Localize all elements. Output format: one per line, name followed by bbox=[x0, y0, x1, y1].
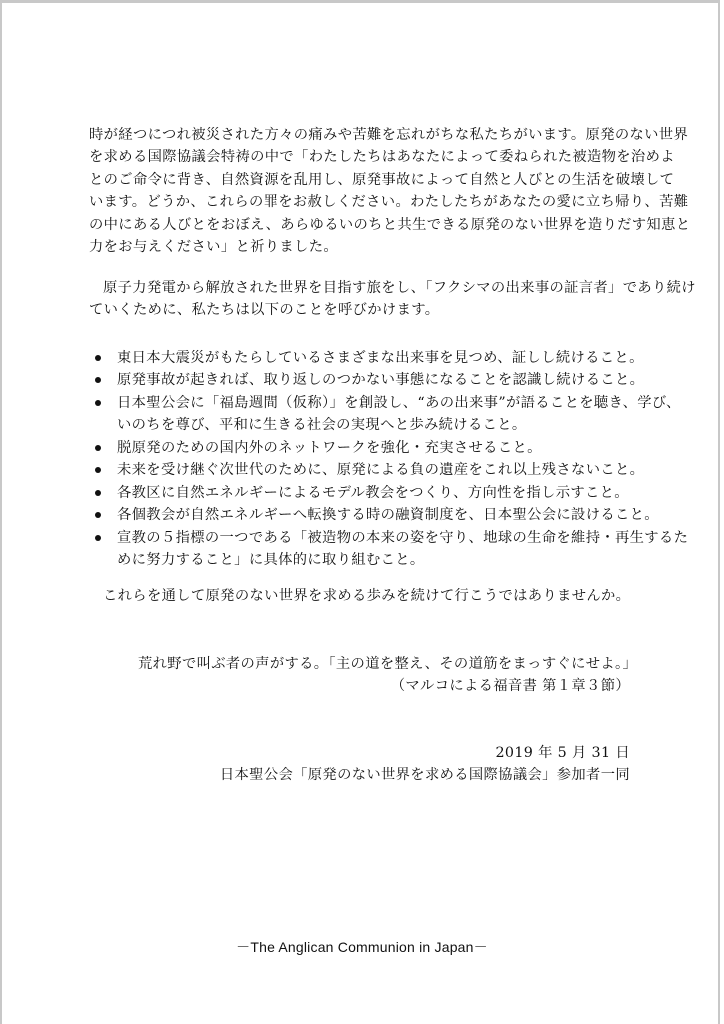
bullet-icon bbox=[95, 377, 101, 383]
list-item-text: 日本聖公会に「福島週間（仮称）」を創設し、“あの出来事”が語ることを聴き、学び、 bbox=[117, 393, 681, 413]
text-line: います。どうか、これらの罪をお赦しください。わたしたちがあなたの愛に立ち帰り、苦… bbox=[89, 192, 688, 212]
text-line: を求める国際協議会特祷の中で「わたしたちはあなたによって委ねられた被造物を治めよ bbox=[89, 147, 675, 167]
text-line: 力をお与えください」と祈りました。 bbox=[89, 237, 338, 257]
signatory: 日本聖公会「原発のない世界を求める国際協議会」参加者一同 bbox=[220, 765, 630, 785]
list-item-text: 未来を受け継ぐ次世代のために、原発による負の遺産をこれ以上残さないこと。 bbox=[117, 460, 644, 480]
closing-statement: これらを通して原発のない世界を求める歩みを続けて行こうではありませんか。 bbox=[103, 586, 630, 606]
list-item-text: 東日本大震災がもたらしているさまざまな出来事を見つめ、証しし続けること。 bbox=[117, 348, 644, 368]
list-item-text: 各個教会が自然エネルギーへ転換する時の融資制度を、日本聖公会に設けること。 bbox=[117, 505, 659, 525]
list-item-text: 脱原発のための国内外のネットワークを強化・充実させること。 bbox=[117, 438, 542, 458]
text-line: とのご命令に背き、自然資源を乱用し、原発事故によって自然と人びとの生活を破壊して bbox=[89, 170, 674, 190]
document-page: 時が経つにつれ被災された方々の痛みや苦難を忘れがちな私たちがいます。原発のない世… bbox=[0, 0, 720, 1024]
text-line: 時が経つにつれ被災された方々の痛みや苦難を忘れがちな私たちがいます。原発のない世… bbox=[89, 125, 688, 145]
list-item-text: 各教区に自然エネルギーによるモデル教会をつくり、方向性を指し示すこと。 bbox=[117, 483, 629, 503]
list-item-text: 宣教の５指標の一つである「被造物の本来の姿を守り、地球の生命を維持・再生するた bbox=[117, 528, 688, 548]
bullet-icon bbox=[95, 445, 101, 451]
bullet-icon bbox=[95, 467, 101, 473]
bullet-icon bbox=[95, 355, 101, 361]
page-footer: －The Anglican Communion in Japan－ bbox=[2, 937, 722, 957]
signature-date: 2019 年 5 月 31 日 bbox=[495, 743, 630, 763]
list-item-text: いのちを尊び、平和に生きる社会の実現へと歩み続けること。 bbox=[117, 415, 527, 435]
list-item-text: めに努力すること」に具体的に取り組むこと。 bbox=[117, 550, 425, 570]
bullet-icon bbox=[95, 490, 101, 496]
scripture-citation: （マルコによる福音書 第１章３節） bbox=[391, 676, 630, 696]
scripture-quote: 荒れ野で叫ぶ者の声がする。「主の道を整え、その道筋をまっすぐにせよ。」 bbox=[138, 654, 637, 674]
text-line: の中にある人びとをおぼえ、あらゆるいのちと共生できる原発のない世界を造りだす知恵… bbox=[89, 215, 690, 235]
bullet-icon bbox=[95, 400, 101, 406]
text-line: 原子力発電から解放された世界を目指す旅をし、「フクシマの出来事の証言者」であり続… bbox=[103, 278, 696, 298]
list-item-text: 原発事故が起きれば、取り返しのつかない事態になることを認識し続けること。 bbox=[117, 370, 644, 390]
bullet-icon bbox=[95, 512, 101, 518]
text-line: ていくために、私たちは以下のことを呼びかけます。 bbox=[89, 300, 439, 320]
bullet-icon bbox=[95, 535, 101, 541]
